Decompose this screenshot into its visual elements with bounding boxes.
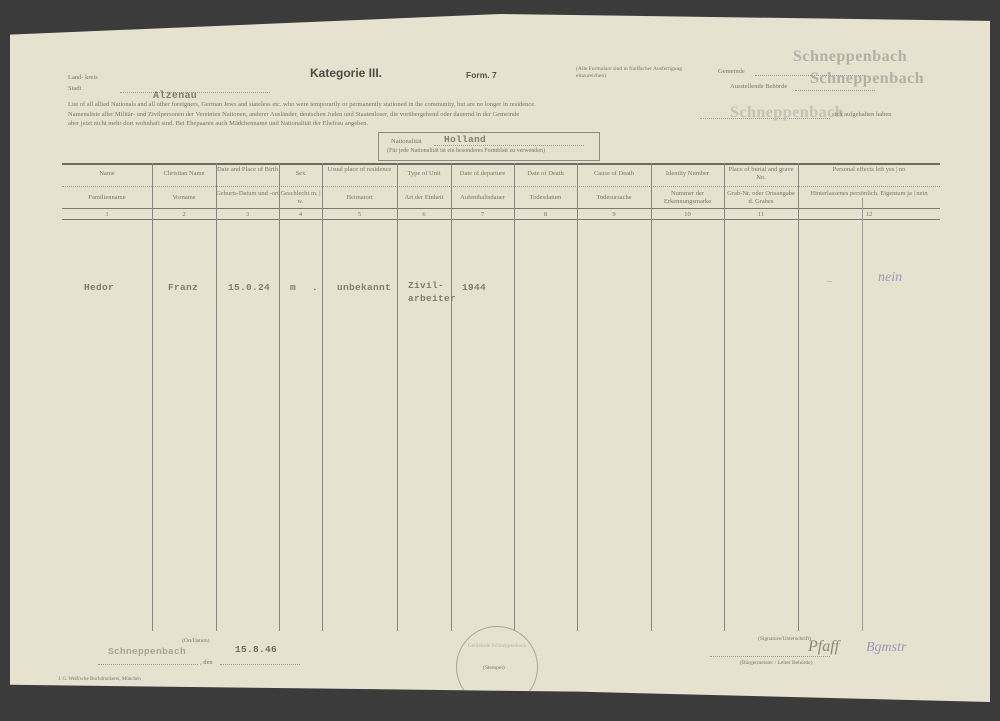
- row-1-departure: 1944: [462, 282, 486, 293]
- col-10-de: Nummer der Erkennungsmarke: [651, 190, 724, 206]
- col-9-de: Todesursache: [577, 194, 651, 202]
- col-8-de: Todesdatum: [514, 194, 577, 202]
- col-12-en: Personal effects left yes | no: [798, 166, 940, 174]
- intro-german-3: aber jetzt nicht mehr dort wohnhaft sind…: [68, 120, 368, 127]
- behoerde-label: Ausstellende Behörde: [730, 83, 787, 90]
- intro-german-1: Namensliste aller Militär- und Zivilpers…: [68, 111, 519, 118]
- row-1-christian-name: Franz: [168, 282, 198, 293]
- col-9-en: Cause of Death: [577, 170, 651, 178]
- row-1-residence: unbekannt: [337, 282, 391, 293]
- document-sheet: Land- kreis Stadt Alzenau Kategorie III.…: [10, 14, 990, 702]
- row-1-effects-yes: –: [827, 276, 832, 287]
- col-10-num: 10: [651, 211, 724, 219]
- seal-label: (Stempel): [483, 665, 505, 671]
- gemeinde-label: Gemeinde: [718, 68, 745, 75]
- col-11-de: Grab-Nr. oder Ortsangabe d. Grabes: [724, 190, 798, 206]
- col-1-en: Name: [62, 170, 152, 178]
- signature-label: (Signature/Unterschrift): [758, 636, 811, 642]
- table-top-line: [62, 163, 940, 165]
- col-line-7: [514, 163, 515, 631]
- date-line: [220, 664, 300, 665]
- intro-german-2: sich aufgehalten haben: [832, 111, 892, 118]
- col-9-num: 9: [577, 211, 651, 219]
- col-4-de: Geschlecht m. | w.: [279, 190, 322, 206]
- nationality-label: Nationalität: [391, 138, 422, 145]
- row-1-birth: 15.0.24: [228, 282, 270, 293]
- signature-title: Bgmstr: [866, 640, 906, 656]
- col-12-num: 12: [798, 211, 940, 219]
- col-line-3: [279, 163, 280, 631]
- col-4-en: Sex: [279, 170, 322, 178]
- col-7-num: 7: [451, 211, 514, 219]
- row-1-sex-mark: .: [312, 282, 318, 293]
- col-line-1: [152, 163, 153, 631]
- col-11-en: Place of burial and grave No.: [724, 166, 798, 182]
- col-4-num: 4: [279, 211, 322, 219]
- number-row-line: [62, 219, 940, 220]
- row-1-effects-no: nein: [878, 270, 902, 286]
- nationality-value: Holland: [444, 134, 486, 145]
- col-line-11: [798, 163, 799, 631]
- behoerde-stamp: Schneppenbach: [810, 70, 924, 88]
- col-2-de: Vorname: [152, 194, 216, 202]
- col-10-en: Identity Number: [651, 170, 724, 178]
- intro-stamp: Schneppenbach: [730, 104, 844, 122]
- col-12-split-line: [862, 198, 863, 631]
- col-5-num: 5: [322, 211, 397, 219]
- date-label: , den: [200, 659, 213, 666]
- col-1-num: 1: [62, 211, 152, 219]
- col-7-de: Aufenthaltsdauer: [451, 194, 514, 202]
- col-line-2: [216, 163, 217, 631]
- col-3-num: 3: [216, 211, 279, 219]
- col-8-en: Date of Death: [514, 170, 577, 178]
- row-1-sex: m: [290, 282, 296, 293]
- signature-line: [710, 656, 830, 657]
- nationality-line: [434, 145, 584, 146]
- col-12-de: Hinterlassenes persönlich. Eigentum ja |…: [798, 190, 940, 198]
- gemeinde-stamp: Schneppenbach: [793, 48, 907, 66]
- row-1-name: Hedor: [84, 282, 114, 293]
- signature-sub: (Bürgermeister / Leiter Behörde): [740, 660, 812, 666]
- col-3-en: Date and Place of Birth: [216, 166, 279, 174]
- row-1-unit: Zivil- arbeiter: [408, 279, 460, 305]
- printer-imprint: J. G. Weiß'sche Buchdruckerei, München: [58, 677, 141, 682]
- kategorie-title: Kategorie III.: [310, 66, 382, 80]
- col-6-de: Art der Einheit: [397, 194, 451, 202]
- land-label: Land- kreis: [68, 74, 98, 81]
- col-11-num: 11: [724, 211, 798, 219]
- col-line-9: [651, 163, 652, 631]
- place-line: [98, 664, 198, 665]
- stadt-label: Stadt: [68, 85, 81, 92]
- col-line-4: [322, 163, 323, 631]
- col-1-de: Familienname: [62, 194, 152, 202]
- place-value: Schneppenbach: [108, 646, 186, 657]
- date-value: 15.8.46: [235, 644, 277, 655]
- form-number: Form. 7: [466, 70, 497, 80]
- col-line-10: [724, 163, 725, 631]
- intro-english: List of all allied Nationals and all oth…: [68, 101, 536, 108]
- col-5-de: Heimatort: [322, 194, 397, 202]
- col-3-de: Geburts-Datum und -ort: [216, 190, 279, 198]
- seal-text: Gemeinde Schneppenbach: [467, 643, 527, 650]
- col-line-8: [577, 163, 578, 631]
- header-bottom-line: [62, 208, 940, 209]
- official-seal: Gemeinde Schneppenbach (Stempel): [456, 626, 538, 708]
- col-7-en: Date of departure: [451, 170, 514, 178]
- col-2-en: Christian Name: [152, 170, 216, 178]
- instructions-note: (Alle Formulare sind in fünffacher Ausfe…: [576, 66, 686, 80]
- col-line-5: [397, 163, 398, 631]
- col-line-6: [451, 163, 452, 631]
- col-8-num: 8: [514, 211, 577, 219]
- col-6-en: Type of Unit: [397, 170, 451, 178]
- col-2-num: 2: [152, 211, 216, 219]
- behoerde-line: [795, 90, 875, 91]
- col-6-num: 6: [397, 211, 451, 219]
- place-label: (Ort/Datum): [182, 638, 210, 644]
- header-mid-line: [62, 186, 940, 187]
- nationality-box: Nationalität Holland (Für jede Nationali…: [378, 132, 600, 161]
- signature-value: Pfaff: [808, 638, 839, 656]
- nationality-note: (Für jede Nationalität ist ein besondere…: [387, 148, 545, 154]
- col-5-en: Usual place of residence: [322, 166, 397, 174]
